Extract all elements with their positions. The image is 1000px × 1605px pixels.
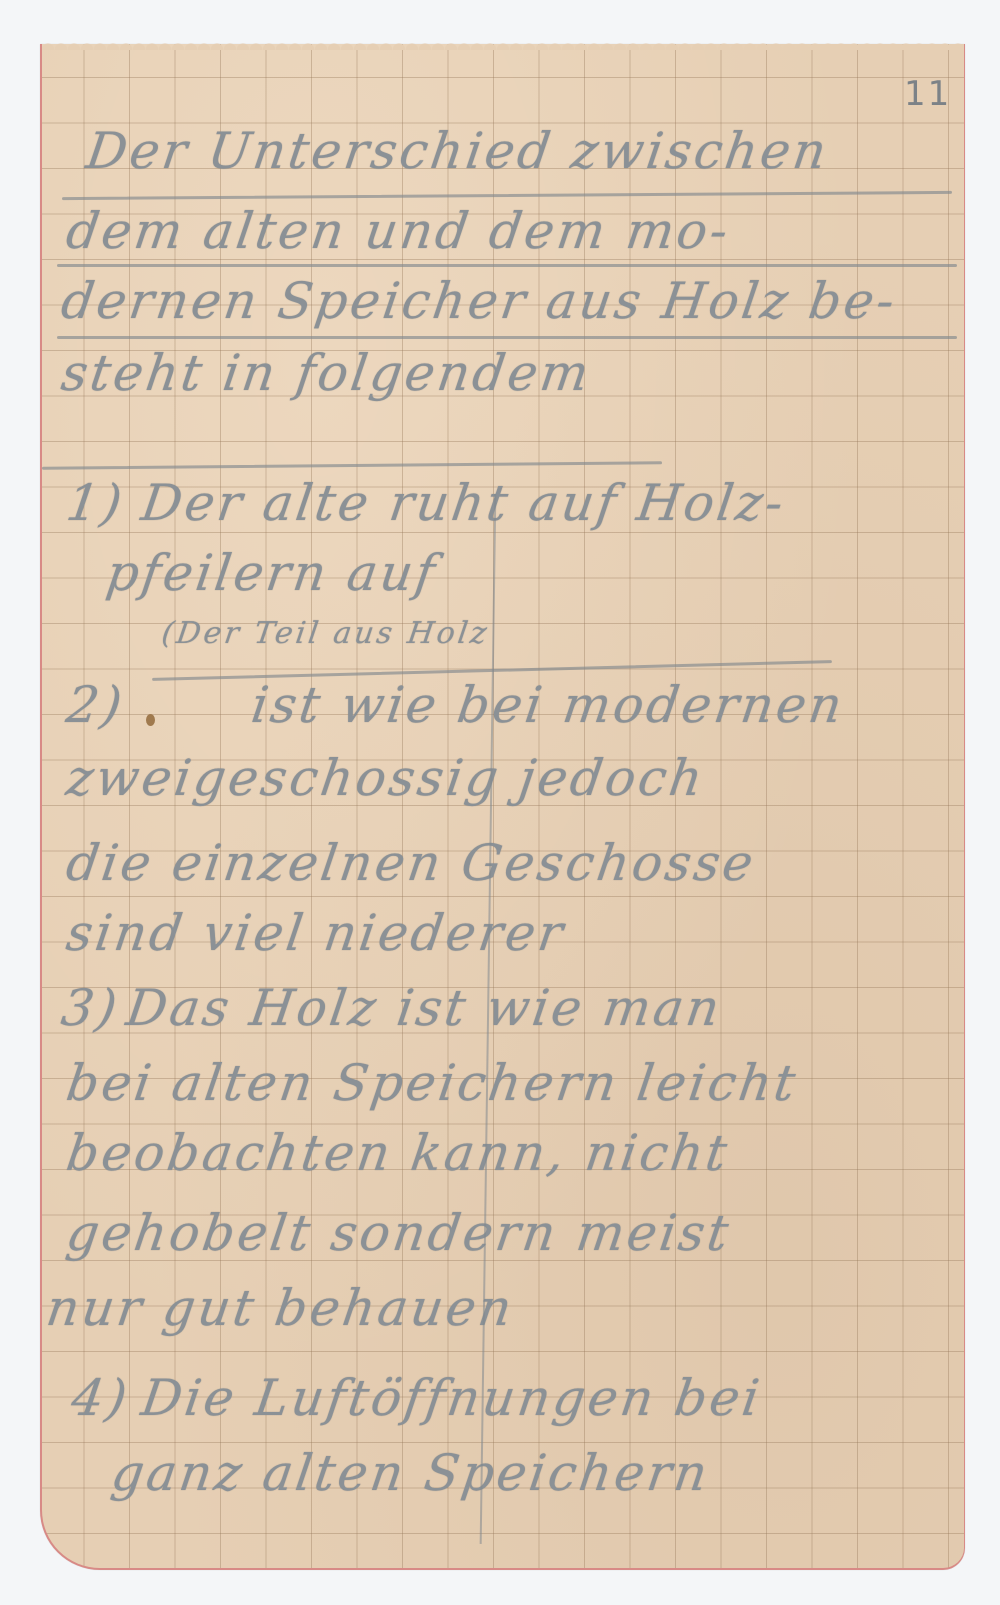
paper-stain: [146, 714, 155, 726]
item-3-line-2: bei alten Speichern leicht: [63, 1054, 802, 1112]
item-3-line-3: beobachten kann, nicht: [63, 1124, 733, 1182]
item-1-line-1: Der alte ruht auf Holz-: [138, 474, 790, 532]
heading-line-3: dernen Speicher aus Holz be-: [58, 272, 901, 330]
heading-underline-2: [57, 264, 957, 267]
heading-underline-1: [62, 191, 952, 200]
heading-line-1: Der Unterschied zwischen: [83, 122, 833, 180]
item-3-line-5: nur gut behauen: [43, 1279, 518, 1337]
torn-top-edge: [42, 38, 964, 50]
heading-line-2: dem alten und dem mo-: [63, 202, 734, 260]
item-1-number: 1): [63, 474, 128, 532]
notebook-page: 11 Der Unterschied zwischen dem alten un…: [40, 44, 965, 1570]
item-1-line-2: pfeilern auf: [103, 544, 441, 602]
item-2-line-2: zweigeschossig jedoch: [63, 749, 709, 807]
page-number: 11: [904, 74, 951, 114]
heading-underline-3: [57, 336, 957, 339]
item-4-line-2: ganz alten Speichern: [108, 1444, 714, 1502]
item-3-number: 3): [58, 979, 123, 1037]
item-2-number: 2): [63, 676, 128, 734]
item-2-line-1: ist wie bei modernen: [248, 676, 849, 734]
section-divider: [42, 461, 662, 469]
item-3-line-4: gehobelt sondern meist: [63, 1204, 735, 1262]
item-2-insertion: (Der Teil aus Holz: [160, 616, 492, 651]
item-4-line-1: Die Luftöffnungen bei: [138, 1369, 766, 1427]
heading-line-4: steht in folgendem: [58, 344, 595, 402]
item-2-line-4: sind viel niederer: [63, 904, 569, 962]
item-2-line-3: die einzelnen Geschosse: [63, 834, 760, 892]
item-4-number: 4): [68, 1369, 133, 1427]
item-3-line-1: Das Holz ist wie man: [123, 979, 726, 1037]
